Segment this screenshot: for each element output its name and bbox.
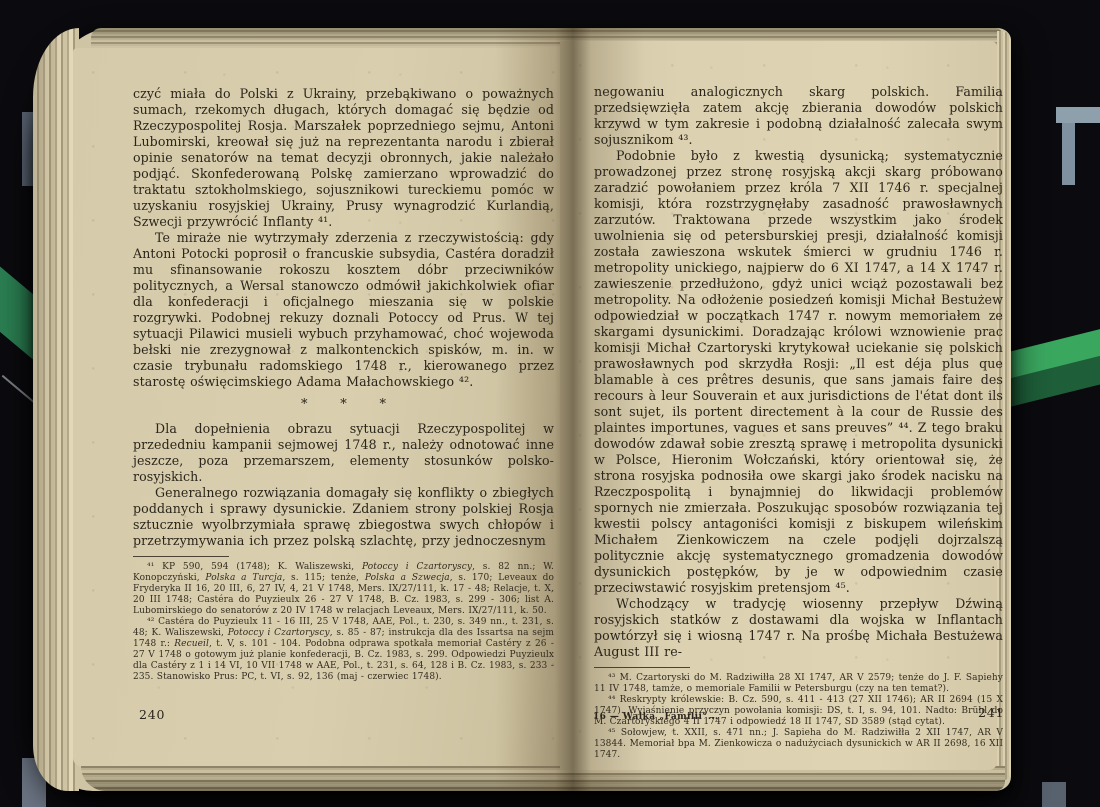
paragraph: negowaniu analogicznych skarg polskich. … bbox=[594, 84, 1003, 148]
footnote-divider-right bbox=[594, 667, 690, 668]
paragraph: Wchodzący w tradycję wiosenny przepływ D… bbox=[594, 596, 1003, 660]
signature-footer-note: 16 — Walka „Familii”... bbox=[593, 712, 718, 722]
jacket-teal-shape-top-right bbox=[1056, 107, 1100, 123]
footnote: ⁴³ M. Czartoryski do M. Radziwiłła 28 XI… bbox=[594, 673, 1003, 695]
paragraph: Generalnego rozwiązania domagały się kon… bbox=[133, 485, 554, 549]
footnote: ⁴¹ KP 590, 594 (1748); K. Waliszewski, P… bbox=[133, 562, 554, 617]
paragraph: Dla dopełnienia obrazu sytuacji Rzeczypo… bbox=[133, 421, 554, 485]
paragraph: * * * bbox=[133, 397, 554, 413]
open-book-photo: czyć miała do Polski z Ukrainy, przebąki… bbox=[0, 0, 1100, 807]
right-page-text: negowaniu analogicznych skarg polskich. … bbox=[594, 84, 1003, 761]
footnote: ⁴⁵ Sołowjew, t. XXII, s. 471 nn.; J. Sap… bbox=[594, 728, 1003, 761]
page-number-left: 240 bbox=[139, 707, 165, 722]
footnote: ⁴² Castéra do Puyzieulx 11 - 16 III, 25 … bbox=[133, 617, 554, 683]
left-page-text: czyć miała do Polski z Ukrainy, przebąki… bbox=[133, 86, 554, 683]
paragraph: czyć miała do Polski z Ukrainy, przebąki… bbox=[133, 86, 554, 230]
page-number-right: 241 bbox=[978, 705, 1004, 720]
footnote-divider-left bbox=[133, 556, 229, 557]
jacket-slate-bar-bottom-right bbox=[1042, 782, 1066, 807]
paragraph: Te miraże nie wytrzymały zderzenia z rze… bbox=[133, 230, 554, 390]
left-page-footnotes: ⁴¹ KP 590, 594 (1748); K. Waliszewski, P… bbox=[133, 562, 554, 683]
right-page-body: negowaniu analogicznych skarg polskich. … bbox=[594, 84, 1003, 660]
jacket-teal-stem-top-right bbox=[1062, 123, 1075, 185]
left-page-body: czyć miała do Polski z Ukrainy, przebąki… bbox=[133, 86, 554, 549]
paragraph: Podobnie było z kwestią dysunicką; syste… bbox=[594, 148, 1003, 596]
